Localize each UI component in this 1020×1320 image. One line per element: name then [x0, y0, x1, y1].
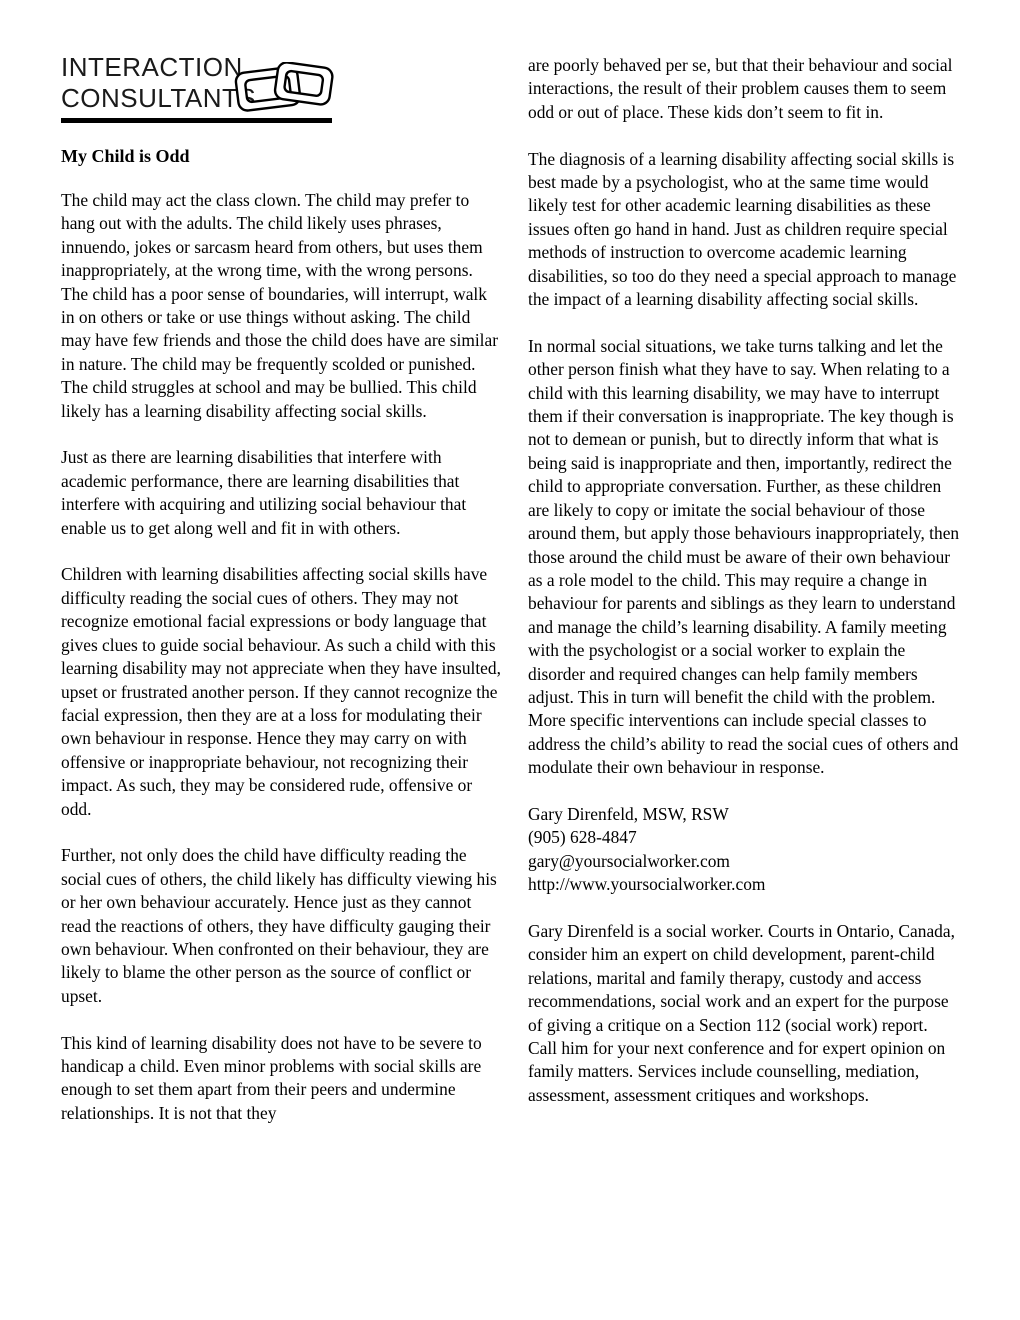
paragraph: are poorly behaved per se, but that thei…: [528, 54, 961, 124]
left-column: The child may act the class clown. The c…: [61, 189, 501, 1149]
author-bio: Gary Direnfeld is a social worker. Court…: [528, 920, 961, 1107]
logo-line-2: CONSULTANTS: [61, 83, 256, 114]
logo: INTERACTION CONSULTANTS: [61, 52, 256, 114]
logo-line-1: INTERACTION: [61, 52, 256, 83]
contact-phone: (905) 628-4847: [528, 826, 961, 849]
document-page: INTERACTION CONSULTANTS My Child is Odd …: [0, 0, 1020, 1320]
header-rule: [61, 118, 332, 123]
contact-name: Gary Direnfeld, MSW, RSW: [528, 803, 961, 826]
contact-email: gary@yoursocialworker.com: [528, 850, 961, 873]
paragraph: Further, not only does the child have di…: [61, 844, 501, 1008]
paragraph: Just as there are learning disabilities …: [61, 446, 501, 540]
paragraph: This kind of learning disability does no…: [61, 1032, 501, 1126]
interlocked-chain-links-icon: [229, 62, 335, 114]
paragraph: The diagnosis of a learning disability a…: [528, 148, 961, 312]
paragraph: Children with learning disabilities affe…: [61, 563, 501, 820]
article-title: My Child is Odd: [61, 146, 190, 167]
paragraph: The child may act the class clown. The c…: [61, 189, 501, 423]
right-column: are poorly behaved per se, but that thei…: [528, 54, 961, 1131]
paragraph: In normal social situations, we take tur…: [528, 335, 961, 780]
contact-block: Gary Direnfeld, MSW, RSW (905) 628-4847 …: [528, 803, 961, 897]
contact-website: http://www.yoursocialworker.com: [528, 873, 961, 896]
